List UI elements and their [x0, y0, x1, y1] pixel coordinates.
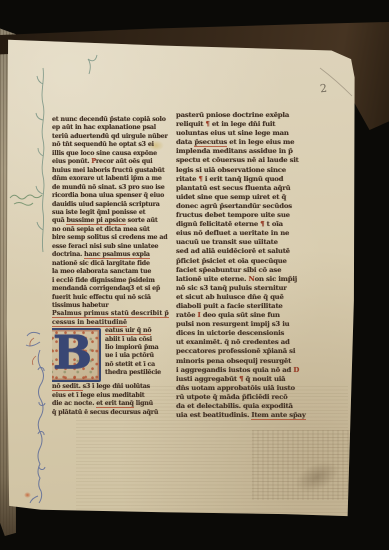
text-line: dn̄m exorare ut labenti ip̄m a me [52, 175, 172, 183]
text-line: rū utpote q̄ māda p̄ficiēdi recō [176, 393, 344, 402]
folio-number: 2 [319, 82, 327, 96]
text-below-initial: nō sedit. s3 ī lege dn̄i uolūtaseius et … [52, 383, 172, 417]
text-line: legis si uiā observatione since [176, 166, 344, 175]
text-line: lationē uite eterne. Non sic imp̄ij [176, 275, 344, 284]
text-line: nō stetit et ī ca [105, 361, 172, 369]
text-line: eius nō defluet a ueritate in ne [176, 229, 344, 238]
text-line: tissimus habetur [52, 302, 172, 310]
text-line: bire semp solitus si credens me ad [52, 234, 172, 242]
text-line: i ecclē fide dignissime p̄sideim [52, 277, 172, 285]
initial-filigree-tail [26, 332, 45, 503]
text-line: de mundū nō sinat. s3 pro suo ise [52, 184, 172, 192]
text-line: fuerit huic effectu qui nō sciā [52, 294, 172, 302]
text-line: ratōe I deo quia sūt sine fun [176, 311, 344, 320]
text-line: uoluntas eius ut sine lege man [176, 129, 344, 138]
text-line: spectu et cōuersus nē ai laude sit [176, 156, 344, 165]
text-line: dices in uictorie descensionis [176, 329, 344, 338]
text-line: p̄ficiet p̄siciet et oīa quecūque [176, 257, 344, 266]
text-line: no onā sepia et dicta mea sūt [52, 226, 172, 234]
initial-row: B eatus uir q̄ nōabiit ī uia cōsilio imp… [52, 327, 172, 383]
text-line: Psalmus primus statū describit p̄ [52, 310, 172, 318]
text-line: uia est beatitudinis. Item ante sp̄ay [176, 411, 344, 420]
text-line: teriū aduertendū qd uirgule nūber [52, 133, 172, 141]
text-line: doctrina. hanc psalmus expla [52, 251, 172, 259]
text-line: pulsi non resurgent impij s3 iu [176, 320, 344, 329]
initial-filigree-red-accent [30, 338, 36, 365]
text-line: quā bussime pi apsice sorte aūt [52, 217, 172, 225]
text-line: iusti aggregabūt ¶ q̄ nouit uiā [176, 375, 344, 384]
text-column-right: pasterū pniose doctrine exēplareliquit ¶… [176, 111, 344, 420]
text-line: ricordia bona uiua spenser q̄ eiuo [52, 192, 172, 200]
text-line: minoris pena obsequij resurgēt [176, 357, 344, 366]
text-line: et nunc decendū p̄state copiā solo [52, 116, 172, 124]
text-line: eatus uir q̄ nō [105, 327, 172, 335]
text-column-left: et nunc decendū p̄state copiā soloep aūt… [52, 116, 172, 417]
text-line: huius mei laboris fructū gustabūt [52, 167, 172, 175]
text-line: dignū felicitatē eterne ¶ t oīa [176, 220, 344, 229]
stain [24, 492, 31, 498]
text-line: ut exanimēt. q̄ nō credentes ad [176, 338, 344, 347]
text-line: mendandā corrigendaq3 et si ep̄ [52, 285, 172, 293]
text-line: thedra pestilēcie [105, 369, 172, 377]
text-line: lio impiorū p̄ma [105, 344, 172, 352]
initial-letter-glyph: B [52, 327, 99, 377]
text-line: sua iste legit q̄ml ponisse et [52, 209, 172, 217]
text-line: dn̄s uotam approbatōis uiā iusto [176, 384, 344, 393]
text-line: q̄ plātatū ē secus decursus aq̄rū [52, 409, 172, 417]
text-line: fructus debet tempore uite sue [176, 211, 344, 220]
text-line: die ac nocte. et erit tanq̄ lignū [52, 400, 172, 408]
parchment-page: 2 [6, 34, 356, 518]
text-line: pasterū pniose doctrine exēpla [176, 111, 344, 120]
text-line: esse feraci nisi sub sine unlatee [52, 243, 172, 251]
text-line: donec agrū p̄sertandūr secūdos [176, 202, 344, 211]
text-line: data p̄secutus et in lege eius me [176, 138, 344, 147]
text-line: reliquit ¶ et in lege dn̄i fuit [176, 120, 344, 129]
text-line: eius et ī lege eius meditabit [52, 392, 172, 400]
text-line: uidet sine que semp uiret et q̄ [176, 193, 344, 202]
text-line: dauidis uiud sapienciā scriptura [52, 201, 172, 209]
left-column-body: et nunc decendū p̄state copiā soloep aūt… [52, 116, 172, 310]
text-line: nō tn̄t sequendū he optat s3 ei [52, 141, 172, 149]
text-line: nō sedit. s3 ī lege dn̄i uolūtas [52, 383, 172, 391]
text-line: eius ponūt. Precor aūt oēs qui [52, 158, 172, 166]
text-line: illis que loco sine causa expōne [52, 150, 172, 158]
sprout-mark [88, 55, 97, 74]
margin-annotation-scribble [10, 195, 42, 205]
text-line: uacuū ue transit sue uīitate [176, 238, 344, 247]
text-line: abiit ī uia cōsi [105, 336, 172, 344]
illuminated-initial-B: B [52, 328, 101, 382]
text-line: implenda meditans assidue in p̄ [176, 147, 344, 156]
text-line: peccatores professionē xp̄ianā si [176, 347, 344, 356]
text-beside-initial: eatus uir q̄ nōabiit ī uia cōsilio impio… [105, 327, 172, 377]
text-line: nationē sic dicā largitate fide [52, 260, 172, 268]
text-line: faciet sp̄eabuntur sibi cō ase [176, 266, 344, 275]
text-line: la meo elaborata sanctam tue [52, 268, 172, 276]
text-line: nō sic s3 tanq̄ puluis sternitur [176, 284, 344, 293]
text-line: diaboli puit a facie sterilitate [176, 302, 344, 311]
text-line: ep aūt in hac explanatione psal [52, 124, 172, 132]
text-line: ue i uia pctōrū [105, 352, 172, 360]
text-line: sed ad aliā euidēciorē et salutē [176, 247, 344, 256]
text-line: i aggregandis iustos quia nō ad D [176, 366, 344, 375]
text-line: et sicut ab huiusce dn̄e q̄ quē [176, 293, 344, 302]
manuscript-photo: 2 [0, 0, 389, 550]
text-line: da et delectabilis. quia expoditā [176, 402, 344, 411]
text-line: plantatū est secus fluenta aq̄rū [176, 184, 344, 193]
text-line: ritate ¶ i erit tanq̄ lignū quod [176, 175, 344, 184]
stain [144, 516, 174, 536]
